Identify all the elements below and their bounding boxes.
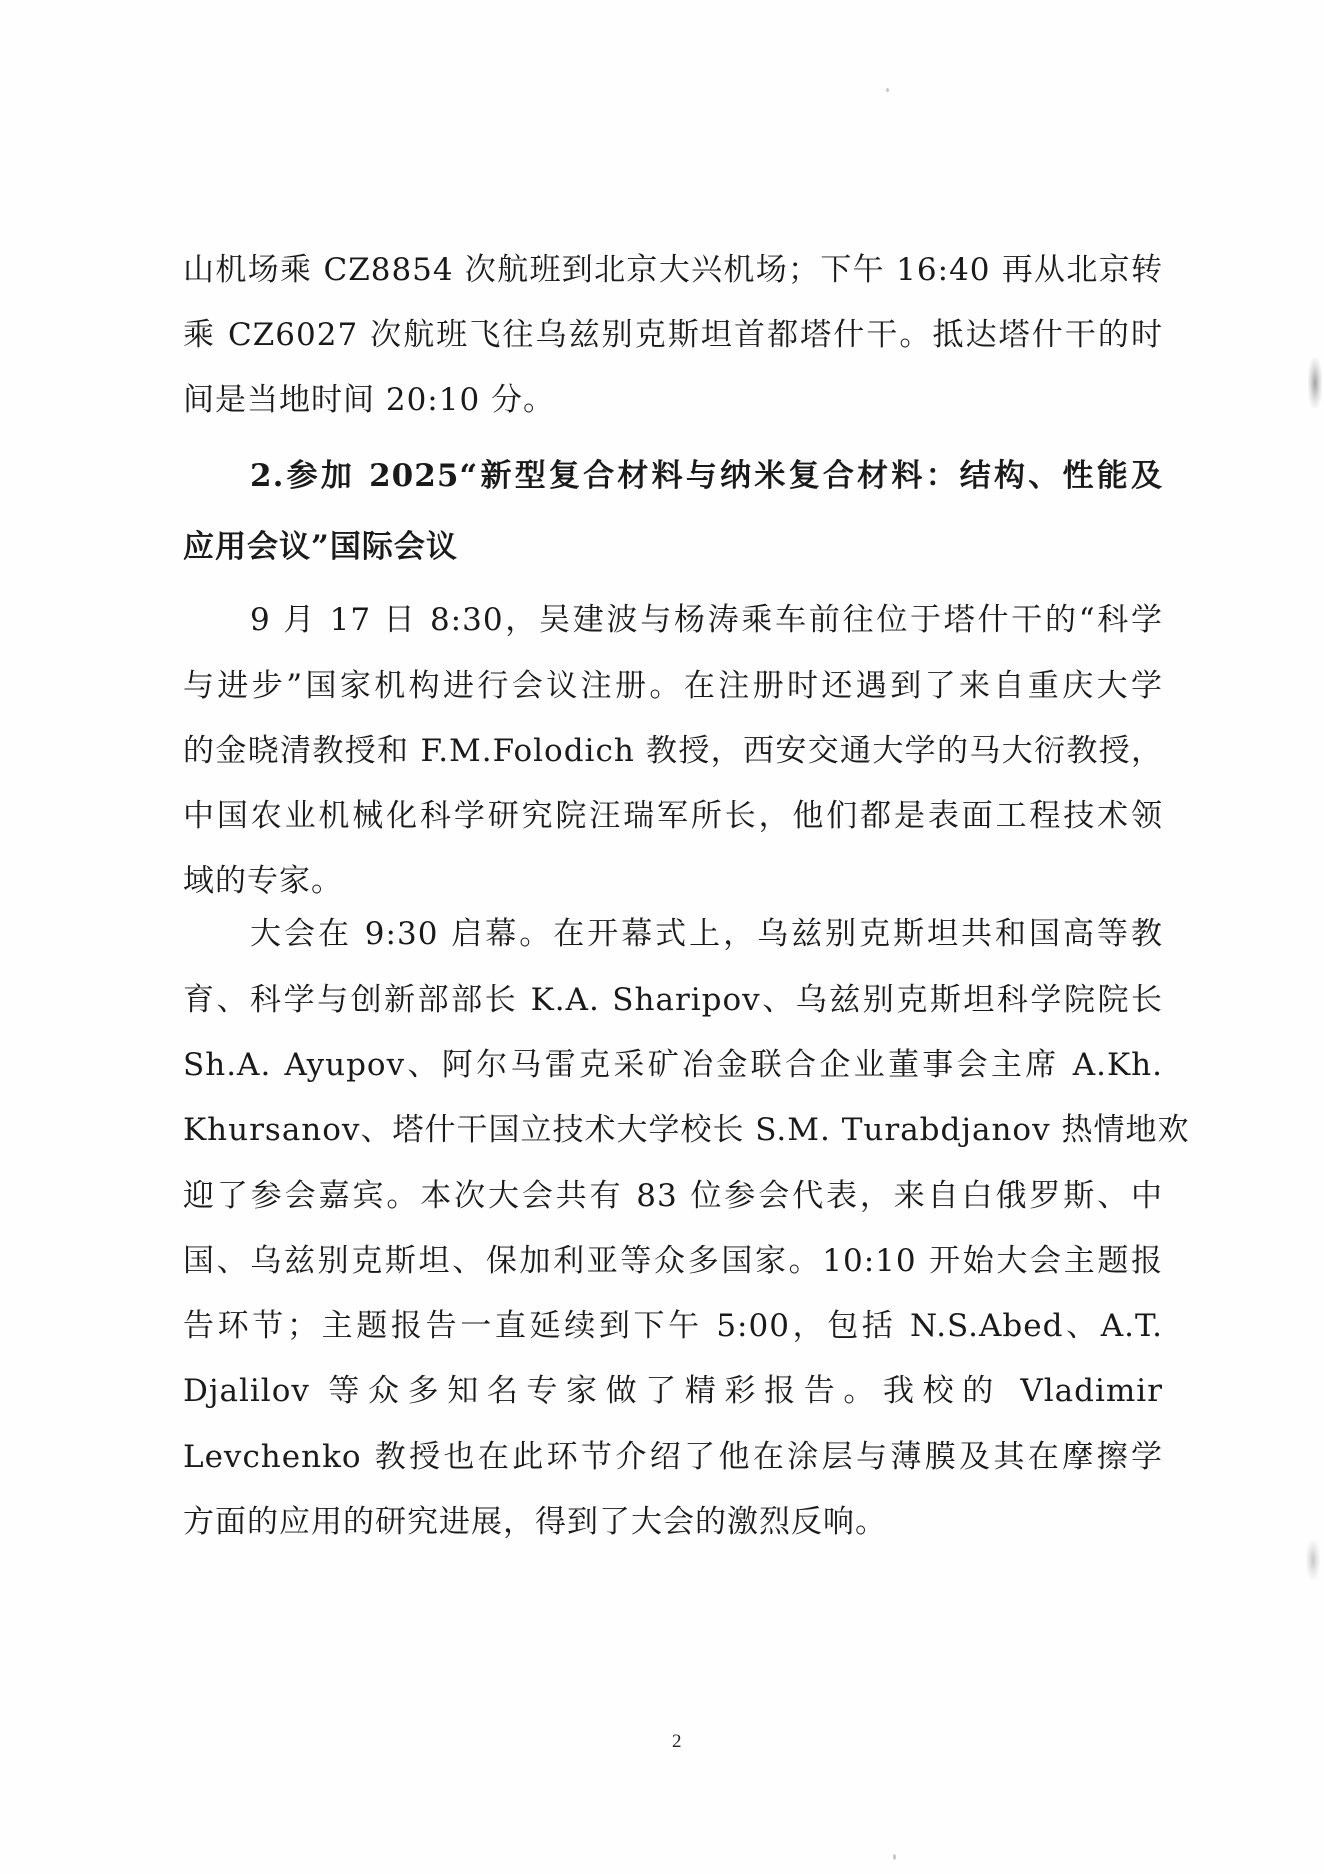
body-text-line: 方面的应用的研究进展，得到了大会的激烈反响。: [183, 1502, 1163, 1542]
body-text-line: Djalilov 等众多知名专家做了精彩报告。我校的 Vladimir: [183, 1371, 1163, 1411]
body-text-line: 中国农业机械化科学研究院汪瑞军所长，他们都是表面工程技术领: [183, 796, 1163, 836]
section-heading-line: 2.参加 2025“新型复合材料与纳米复合材料：结构、性能及: [250, 456, 1163, 496]
body-text-line: 育、科学与创新部部长 K.A. Sharipov、乌兹别克斯坦科学院院长: [183, 980, 1163, 1020]
body-text-line: Khursanov、塔什干国立技术大学校长 S.M. Turabdjanov 热…: [183, 1110, 1163, 1150]
body-text-line: 与进步”国家机构进行会议注册。在注册时还遇到了来自重庆大学: [183, 666, 1163, 706]
body-text-line: 迎了参会嘉宾。本次大会共有 83 位参会代表，来自白俄罗斯、中: [183, 1176, 1163, 1216]
body-text-line: 乘 CZ6027 次航班飞往乌兹别克斯坦首都塔什干。抵达塔什干的时: [183, 315, 1163, 355]
body-text-line: 间是当地时间 20:10 分。: [183, 380, 1163, 420]
body-text-line: Levchenko 教授也在此环节介绍了他在涂层与薄膜及其在摩擦学: [183, 1437, 1163, 1477]
scan-edge-smudge: [1308, 358, 1322, 408]
document-page: 山机场乘 CZ8854 次航班到北京大兴机场；下午 16:40 再从北京转 乘 …: [0, 0, 1324, 1874]
body-text-line: 大会在 9:30 启幕。在开幕式上，乌兹别克斯坦共和国高等教: [250, 914, 1163, 954]
section-heading-line: 应用会议”国际会议: [183, 527, 1163, 567]
body-text-line: 国、乌兹别克斯坦、保加利亚等众多国家。10:10 开始大会主题报: [183, 1241, 1163, 1281]
body-text-line: Sh.A. Ayupov、阿尔马雷克采矿冶金联合企业董事会主席 A.Kh.: [183, 1045, 1163, 1085]
scan-speck: [893, 1854, 896, 1860]
page-number: 2: [672, 1731, 682, 1753]
body-text-line: 9 月 17 日 8:30，吴建波与杨涛乘车前往位于塔什干的“科学: [250, 600, 1163, 640]
body-text-line: 域的专家。: [183, 861, 1163, 901]
body-text-line: 的金晓清教授和 F.M.Folodich 教授，西安交通大学的马大衍教授，: [183, 731, 1163, 771]
body-text-line: 告环节；主题报告一直延续到下午 5:00，包括 N.S.Abed、A.T.: [183, 1306, 1163, 1346]
scan-edge-smudge: [1306, 1540, 1320, 1580]
body-text-line: 山机场乘 CZ8854 次航班到北京大兴机场；下午 16:40 再从北京转: [183, 250, 1163, 290]
scan-speck: [886, 88, 889, 92]
